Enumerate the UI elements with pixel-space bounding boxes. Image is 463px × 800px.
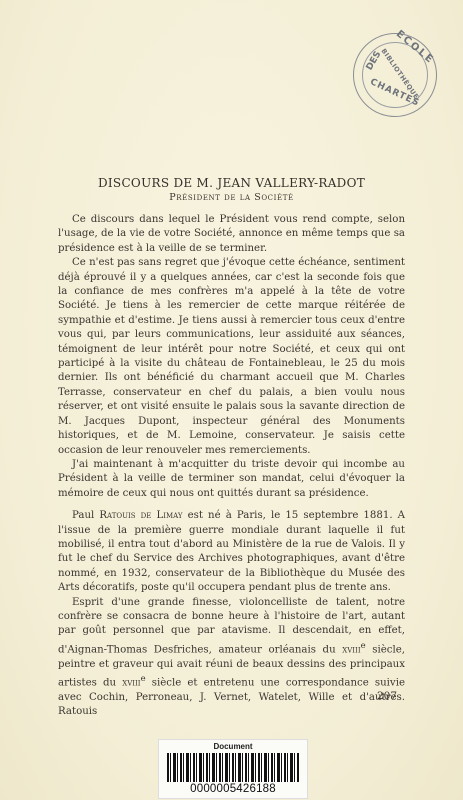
page-subtitle: Président de la Société [0,192,463,203]
surname-small-caps: Ratouis de Limay [99,510,182,521]
page-number: 207 [377,690,397,702]
paragraph-2: Ce n'est pas sans regret que j'évoque ce… [58,256,405,458]
barcode-icon [167,753,299,782]
paragraph-5: Esprit d'une grande finesse, violoncelli… [58,596,405,720]
century-numeral: xviii [342,644,360,655]
paragraph-3: J'ai maintenant à m'acquitter du triste … [58,458,405,501]
barcode-number: 0000005426188 [159,783,307,795]
century-numeral-2: xviii [122,677,140,688]
body-text: Ce discours dans lequel le Président vou… [58,213,405,720]
barcode-title: Document [159,742,307,751]
century-sup: e [361,641,366,651]
century-sup-2: e [141,674,146,684]
barcode-label: Document 0000005426188 [158,739,308,799]
scanned-page: ECOLE DES BIBLIOTHÈQUE CHARTES DISCOURS … [0,0,463,800]
paragraph-1: Ce discours dans lequel le Président vou… [58,213,405,256]
paragraph-4-text: est né à Paris, le 15 septembre 1881. A … [58,510,405,593]
library-stamp: ECOLE DES BIBLIOTHÈQUE CHARTES [353,33,437,117]
paragraph-4: Paul Ratouis de Limay est né à Paris, le… [58,509,405,595]
page-title: DISCOURS DE M. JEAN VALLERY-RADOT [0,176,463,190]
first-name: Paul [72,510,94,521]
